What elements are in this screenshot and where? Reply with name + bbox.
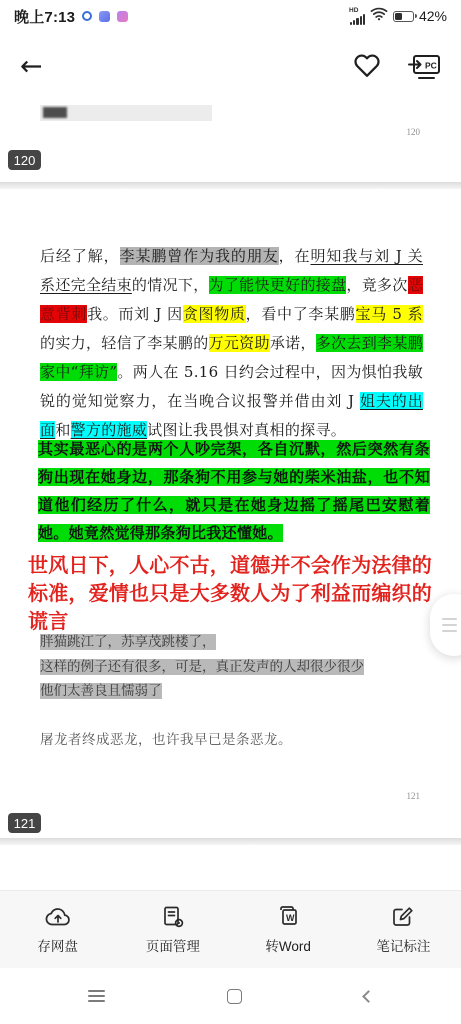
svg-text:PC: PC xyxy=(425,61,437,71)
page-footer-number: 121 xyxy=(407,791,421,801)
page-number-badge: 120 xyxy=(8,150,41,170)
wifi-icon xyxy=(370,6,388,26)
cloud-upload-icon xyxy=(44,905,72,929)
closing-line: 屠龙者终成恶龙，也许我早已是条恶龙。 xyxy=(40,728,292,748)
phone-screen: 晚上7:13 HD 42% ← xyxy=(0,0,461,1024)
toolbar-label: 存网盘 xyxy=(37,935,78,955)
back-icon[interactable]: ← xyxy=(20,53,43,80)
page-divider xyxy=(0,838,461,845)
gray-highlight-lines: 胖猫跳江了，苏享茂跳楼了， 这样的例子还有很多，可是，真正发声的人却很少很少 他… xyxy=(40,630,364,704)
home-icon[interactable] xyxy=(227,989,242,1004)
app-nav-bar: ← PC xyxy=(0,38,461,94)
document-viewport[interactable]: 120 120 后经了解，李某鹏曾作为我的朋友，在明知我与刘 J 关系还完全结束… xyxy=(0,94,461,890)
word-convert-icon: W xyxy=(275,905,301,929)
previous-page-remnant xyxy=(40,105,212,121)
app-notification-icon xyxy=(99,11,110,22)
bottom-toolbar: 存网盘 页面管理 W 转Word xyxy=(0,890,461,968)
svg-text:W: W xyxy=(286,913,295,923)
note-annotate-icon xyxy=(390,905,416,929)
cell-signal-icon: HD xyxy=(350,8,365,25)
toolbar-label: 转Word xyxy=(265,935,311,955)
favorite-heart-icon[interactable] xyxy=(353,53,381,79)
page-manage-icon xyxy=(160,905,186,929)
battery-icon xyxy=(393,11,414,22)
note-annotate-button[interactable]: 笔记标注 xyxy=(346,891,461,968)
send-to-pc-icon[interactable]: PC xyxy=(407,52,441,80)
redacted-text xyxy=(43,107,67,118)
android-nav-bar xyxy=(0,968,461,1024)
floating-tools-handle[interactable] xyxy=(430,594,461,656)
page-footer-number: 120 xyxy=(407,127,421,137)
convert-to-word-button[interactable]: W 转Word xyxy=(231,891,346,968)
page-manage-button[interactable]: 页面管理 xyxy=(115,891,230,968)
toolbar-label: 笔记标注 xyxy=(376,935,430,955)
save-to-cloud-button[interactable]: 存网盘 xyxy=(0,891,115,968)
android-back-icon[interactable] xyxy=(362,990,375,1003)
page-divider xyxy=(0,182,461,189)
gray-line: 这样的例子还有很多，可是，真正发声的人却很少很少 xyxy=(40,655,364,680)
clock: 晚上7:13 xyxy=(14,6,75,27)
battery-percent: 42% xyxy=(419,8,447,24)
gray-line: 他们太善良且懦弱了 xyxy=(40,679,364,704)
toolbar-label: 页面管理 xyxy=(146,935,200,955)
page-number-badge: 121 xyxy=(8,813,41,833)
status-bar: 晚上7:13 HD 42% xyxy=(0,0,461,32)
gray-line: 胖猫跳江了，苏享茂跳楼了， xyxy=(40,630,364,655)
green-highlight-block: 其实最恶心的是两个人吵完架，各自沉默，然后突然有条狗出现在她身边，那条狗不用参与… xyxy=(38,435,430,547)
recents-menu-icon[interactable] xyxy=(88,990,105,1002)
notification-dot-icon xyxy=(82,11,92,21)
app-notification-icon-2 xyxy=(117,11,128,22)
paragraph-highlighted: 后经了解，李某鹏曾作为我的朋友，在明知我与刘 J 关系还完全结束的情况下，为了能… xyxy=(40,242,423,445)
red-emphasis-text: 世风日下，人心不古，道德并不会作为法律的标准，爱情也只是大多数人为了利益而编织的… xyxy=(28,551,438,635)
